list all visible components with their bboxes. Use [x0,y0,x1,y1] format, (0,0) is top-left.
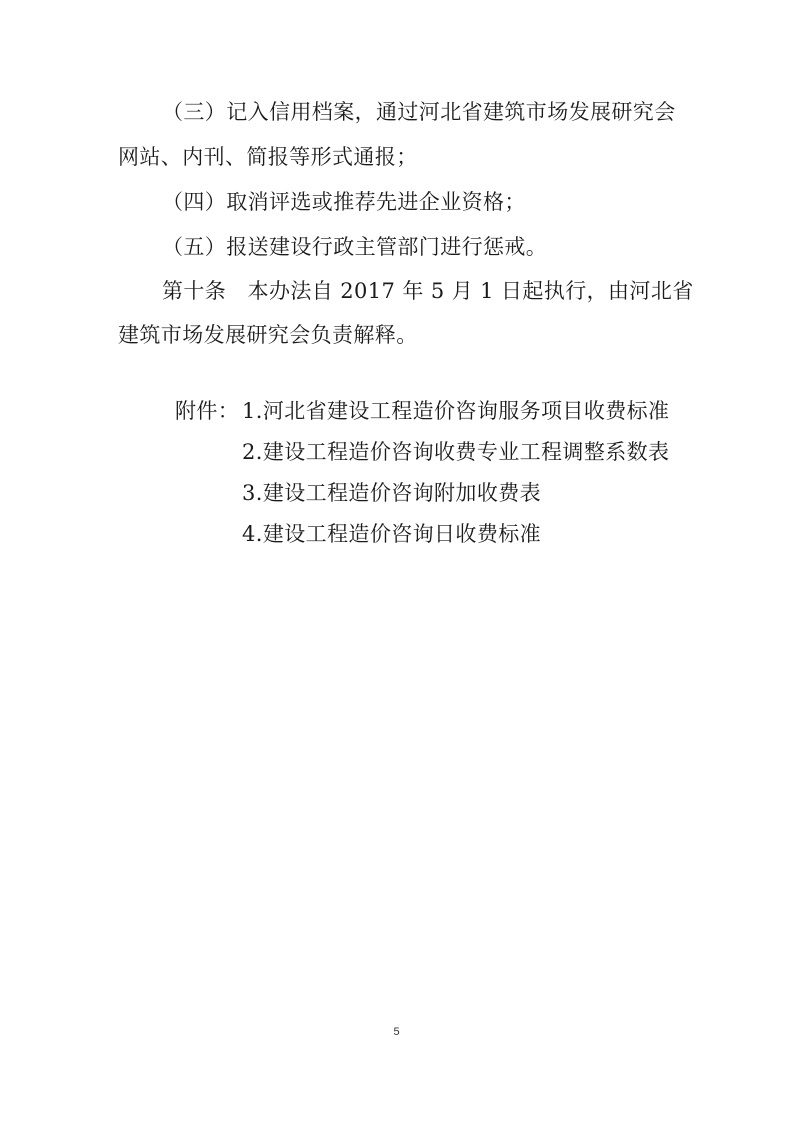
attachment-item-1: 1.河北省建设工程造价咨询服务项目收费标准 [242,399,669,423]
attachments-label: 附件： [175,399,239,423]
paragraph-item-3-line-1: （三）记入信用档案，通过河北省建筑市场发展研究会 [162,100,676,124]
article-10-line-2: 建筑市场发展研究会负责解释。 [118,323,418,347]
paragraph-item-5: （五）报送建设行政主管部门进行惩戒。 [162,235,547,259]
page-number: 5 [0,1026,793,1038]
attachment-item-2: 2.建设工程造价咨询收费专业工程调整系数表 [242,440,669,464]
paragraph-item-4: （四）取消评选或推荐先进企业资格； [162,190,526,214]
article-10-line-1: 第十条 本办法自 2017 年 5 月 1 日起执行，由河北省 [162,279,694,303]
paragraph-item-3-line-2: 网站、内刊、简报等形式通报； [118,145,418,169]
attachment-item-4: 4.建设工程造价咨询日收费标准 [242,522,541,546]
attachment-item-3: 3.建设工程造价咨询附加收费表 [242,481,541,505]
